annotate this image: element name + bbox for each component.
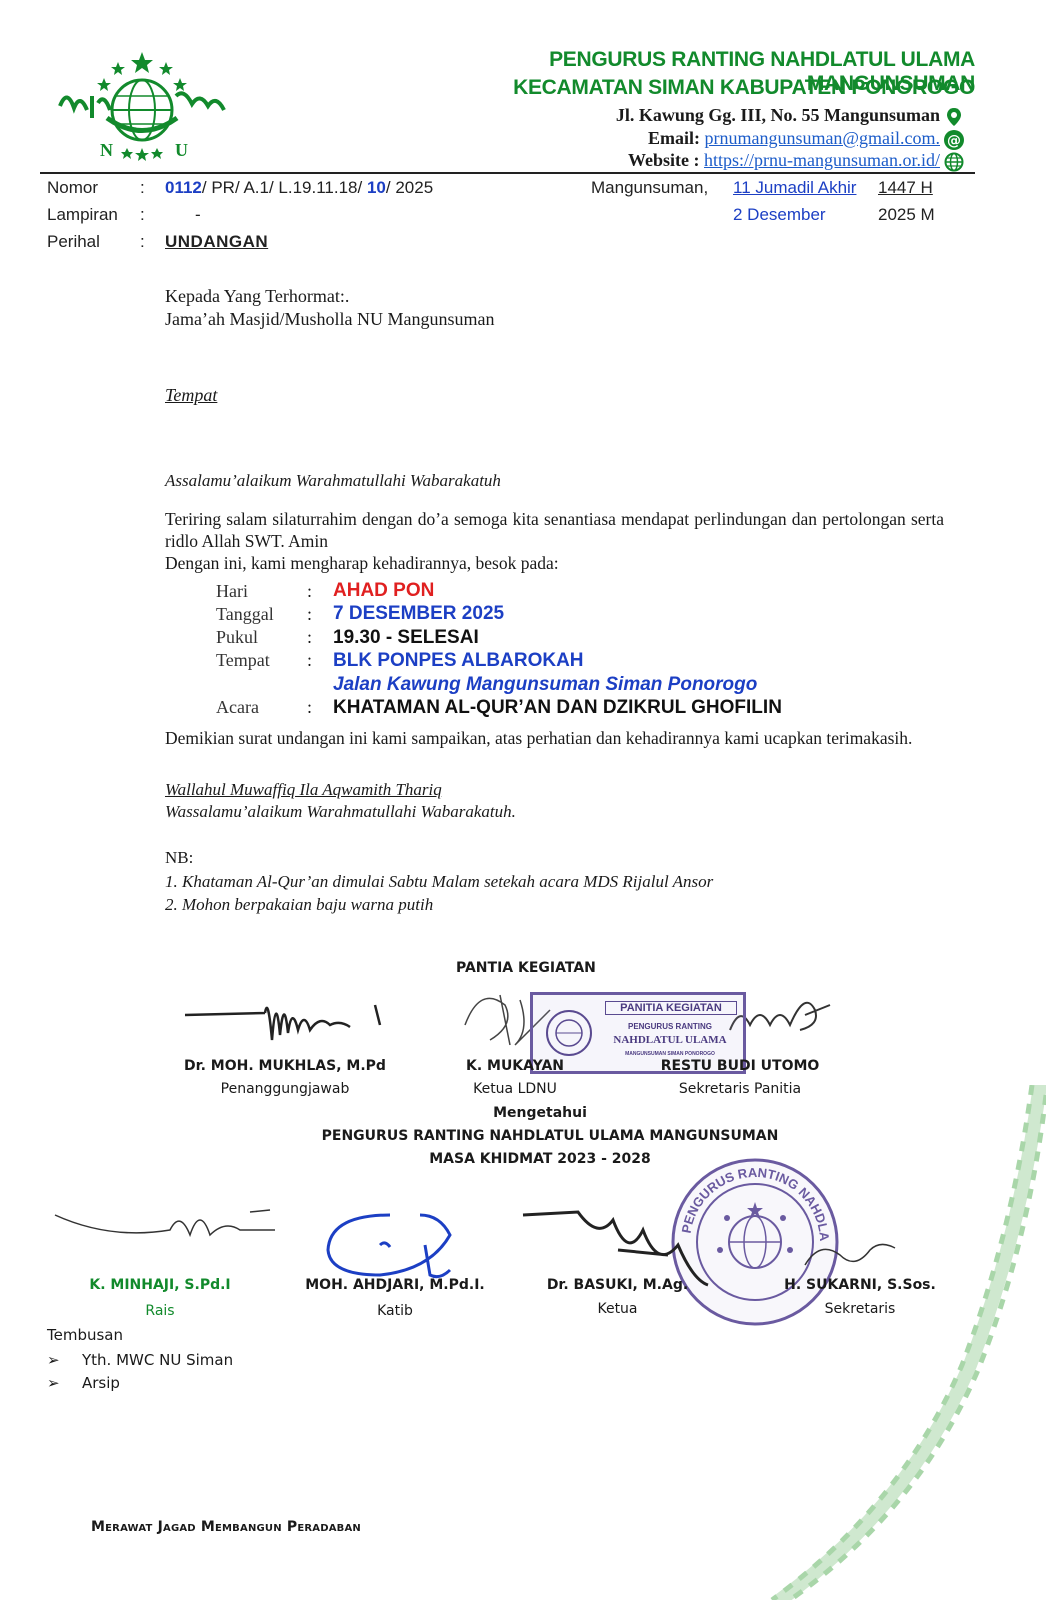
stamp-logo-icon xyxy=(539,1003,599,1063)
lampiran-label: Lampiran xyxy=(47,205,118,225)
tembusan-list: ➢Yth. MWC NU Siman ➢Arsip xyxy=(47,1349,233,1395)
signature-mukhlas xyxy=(180,985,400,1055)
signature-ahdjari xyxy=(320,1205,470,1285)
email-label: Email: xyxy=(648,128,700,148)
signer-name: Dr. BASUKI, M.Ag. xyxy=(530,1277,705,1293)
detail-label-hari: Hari xyxy=(216,581,248,602)
nomor-value: 0112/ PR/ A.1/ L.19.11.18/ 10/ 2025 xyxy=(165,178,433,198)
website-line: Website : https://prnu-mangunsuman.or.id… xyxy=(380,150,940,171)
arrow-bullet-icon: ➢ xyxy=(47,1349,82,1372)
perihal-value: UNDANGAN xyxy=(165,232,268,252)
signature-minhaji xyxy=(50,1200,280,1260)
nb-list: 1. Khataman Al-Qur’an dimulai Sabtu Mala… xyxy=(165,870,713,916)
website-label: Website : xyxy=(628,150,700,170)
letter-place: Mangunsuman, xyxy=(591,178,708,198)
tembusan-label: Tembusan xyxy=(47,1326,123,1344)
signer-name: MOH. AHDJARI, M.Pd.I. xyxy=(290,1277,500,1293)
header-divider xyxy=(40,172,975,174)
signer-role: Katib xyxy=(290,1303,500,1319)
masehi-date: 2 Desember xyxy=(733,205,826,225)
nb-label: NB: xyxy=(165,848,193,868)
salam-closing: Wassalamu’alaikum Warahmatullahi Wabarak… xyxy=(165,802,516,822)
detail-value-hari: AHAD PON xyxy=(333,580,434,602)
hijri-year: 1447 H xyxy=(878,178,933,198)
signer-role: Rais xyxy=(70,1303,250,1319)
svg-text:U: U xyxy=(175,140,188,160)
detail-label-tanggal: Tanggal xyxy=(216,604,274,625)
lampiran-value: - xyxy=(195,205,201,225)
signer-role: Penanggungjawab xyxy=(170,1081,400,1097)
nb-item: 2. Mohon berpakaian baju warna putih xyxy=(165,893,713,916)
svg-text:@: @ xyxy=(947,133,961,149)
detail-value-tempat: BLK PONPES ALBAROKAH xyxy=(333,650,584,672)
tempat-line: Tempat xyxy=(165,385,217,406)
email-link[interactable]: prnumangunsuman@gmail.com. xyxy=(704,128,940,148)
signer-role: Ketua xyxy=(530,1301,705,1317)
signer-name: K. MUKAYAN xyxy=(430,1058,600,1074)
detail-label-tempat: Tempat xyxy=(216,650,270,671)
recipient-line2: Jama’ah Masjid/Musholla NU Mangunsuman xyxy=(165,308,494,331)
recipient-line1: Kepada Yang Terhormat:. xyxy=(165,285,494,308)
detail-label-acara: Acara xyxy=(216,697,259,718)
nu-logo: N U xyxy=(52,48,232,168)
masehi-year: 2025 M xyxy=(878,205,935,225)
signer-name: Dr. MOH. MUKHLAS, M.Pd xyxy=(170,1058,400,1074)
footer-tagline: Merawat Jagad Membangun Peradaban xyxy=(91,1519,361,1535)
tembusan-item: ➢Yth. MWC NU Siman xyxy=(47,1349,233,1372)
website-link[interactable]: https://prnu-mangunsuman.or.id/ xyxy=(704,150,940,170)
panitia-title: PANTIA KEGIATAN xyxy=(456,960,596,976)
detail-value-tanggal: 7 DESEMBER 2025 xyxy=(333,603,504,625)
globe-icon xyxy=(944,152,964,172)
wallahul-line: Wallahul Muwaffiq Ila Aqwamith Thariq xyxy=(165,780,442,800)
arrow-bullet-icon: ➢ xyxy=(47,1372,82,1395)
signer-name: K. MINHAJI, S.Pd.I xyxy=(70,1277,250,1293)
detail-value-pukul: 19.30 - SELESAI xyxy=(333,627,479,649)
at-sign-icon: @ xyxy=(944,130,964,150)
email-line: Email: prnumangunsuman@gmail.com. @ xyxy=(380,128,940,149)
greeting: Assalamu’alaikum Warahmatullahi Wabaraka… xyxy=(165,471,501,491)
org-name-line2: KECAMATAN SIMAN KABUPATEN PONOROGO xyxy=(380,76,975,100)
paragraph-2: Dengan ini, kami mengharap kehadirannya,… xyxy=(165,552,559,574)
detail-label-pukul: Pukul xyxy=(216,627,258,648)
location-pin-icon xyxy=(944,107,964,127)
perihal-label: Perihal xyxy=(47,232,100,252)
closing-paragraph: Demikian surat undangan ini kami sampaik… xyxy=(165,727,944,749)
tembusan-item: ➢Arsip xyxy=(47,1372,233,1395)
address: Jl. Kawung Gg. III, No. 55 Mangunsuman xyxy=(380,105,940,126)
decorative-rope-icon xyxy=(740,1085,1046,1600)
recipient: Kepada Yang Terhormat:. Jama’ah Masjid/M… xyxy=(165,285,494,331)
hijri-date: 11 Jumadil Akhir xyxy=(733,178,856,198)
signer-role: Ketua LDNU xyxy=(430,1081,600,1097)
nb-item: 1. Khataman Al-Qur’an dimulai Sabtu Mala… xyxy=(165,870,713,893)
svg-text:N: N xyxy=(100,140,113,160)
detail-value-address: Jalan Kawung Mangunsuman Siman Ponorogo xyxy=(333,674,757,696)
paragraph-1: Teriring salam silaturrahim dengan do’a … xyxy=(165,508,944,552)
detail-value-acara: KHATAMAN AL-QUR’AN DAN DZIKRUL GHOFILIN xyxy=(333,697,782,719)
nomor-label: Nomor xyxy=(47,178,98,198)
signer-name: RESTU BUDI UTOMO xyxy=(640,1058,840,1074)
address-text: Jl. Kawung Gg. III, No. 55 Mangunsuman xyxy=(616,105,940,125)
mengetahui-label: Mengetahui xyxy=(350,1105,730,1121)
